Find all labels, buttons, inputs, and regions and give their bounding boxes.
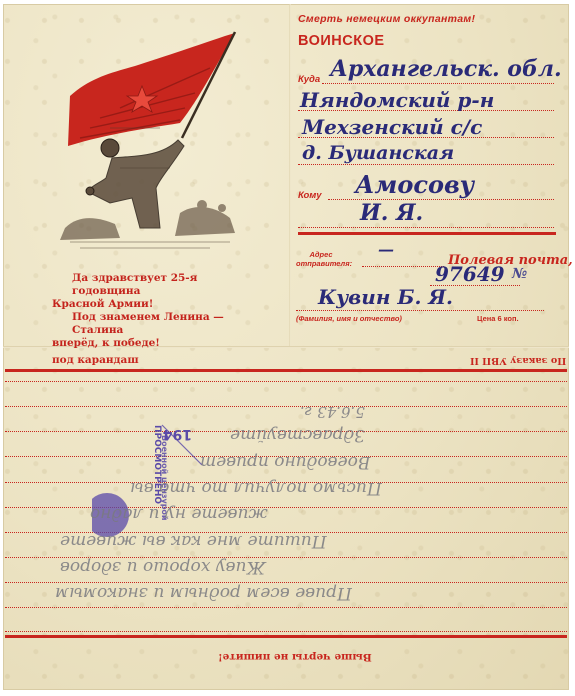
caption-line-2: Красной Армии! [52, 298, 267, 311]
to-where-label: Куда [298, 74, 320, 85]
address-line-1: Архангельск. обл. [330, 56, 562, 82]
price-label: Цена 6 коп. [477, 314, 519, 323]
field-post-number-sign: № [512, 266, 527, 282]
letter-line-2: Воеводино привет [200, 452, 370, 472]
thick-rule [5, 369, 567, 372]
to-whom-label: Кому [298, 190, 322, 201]
anniversary-caption: Да здравствует 25-я годовщина Красной Ар… [52, 272, 267, 350]
red-flag [68, 33, 235, 146]
to-where-line-1 [322, 83, 554, 84]
soldier-figure [86, 139, 184, 228]
sender-name: Кувин Б. Я. [318, 285, 453, 309]
sender-address-label: Адрес отправителя: [296, 250, 346, 268]
name-caption: (Фамилия, имя и отчество) [296, 314, 402, 323]
sender-name-line [296, 310, 544, 311]
field-post-number: 97649 [435, 262, 505, 286]
address-line-4: д. Бушанская [302, 142, 454, 164]
letter-line-6: Живу хорошо и здоров [60, 557, 266, 577]
thick-rule [5, 635, 567, 638]
soldier-flag-illustration [60, 28, 240, 258]
to-whom-line-2 [298, 227, 554, 228]
sender-field-line [362, 266, 444, 267]
recipient-initials: И. Я. [360, 200, 423, 226]
address-line-3: Мехзенский с/с [302, 115, 482, 139]
letter-line-1: Здравствуйте [230, 425, 365, 445]
address-line-2: Няндомский р-н [300, 88, 494, 112]
sender-field-dash: — [378, 240, 394, 259]
vertical-fold [289, 4, 291, 346]
letter-line-3: Письмо получил то что вы [130, 478, 382, 498]
dotted-writing-line [5, 607, 567, 608]
address-separator-rule [298, 232, 556, 235]
caption-line-4: вперёд, к победе! [52, 337, 267, 350]
letter-line-4: живете ну и ладно [90, 504, 268, 524]
sender-label-line-2: отправителя: [296, 259, 346, 268]
dotted-writing-line [5, 381, 567, 382]
sender-label-line-1: Адрес [296, 250, 346, 259]
bottom-warning: Выше черты не пишите! [218, 651, 372, 663]
form-header: ВОИНСКОЕ [298, 33, 385, 49]
letter-date: 5.6.43 г. [300, 403, 365, 421]
dotted-writing-line [5, 406, 567, 407]
letter-line-7: Приве всем родным и знакомым [55, 583, 352, 603]
slogan: Смерть немецким оккупантам! [298, 13, 475, 25]
top-right-label: По заказу УВП II [470, 355, 566, 366]
caption-line-1: Да здравствует 25-я годовщина [52, 272, 267, 298]
to-where-line-4 [298, 164, 554, 165]
recipient-name: Амосову [355, 170, 474, 199]
letter-line-5: Пишите мне как вы живете [60, 531, 327, 551]
dotted-writing-line [5, 631, 567, 632]
top-left-label: под карандаш [52, 354, 139, 366]
caption-line-3: Под знаменем Ленина — Сталина [52, 311, 267, 337]
